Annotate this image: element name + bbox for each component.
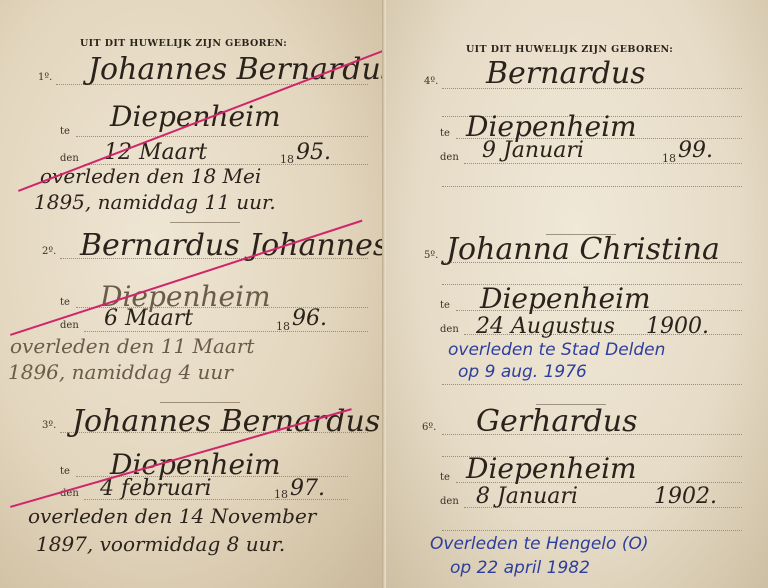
year-suffix: 97. [290,476,325,501]
death-note-line1: overleden te Stad Delden [448,340,665,360]
date-label: den [440,324,459,335]
birth-year: 1902. [654,484,717,509]
dotted-line [76,136,368,137]
birth-day-month: 4 februari [100,476,212,501]
birth-place: Diepenheim [110,100,281,133]
date-label: den [60,320,79,331]
entry-number: 4º. [424,76,438,87]
dotted-line [442,530,742,531]
right-page: UIT DIT HUWELIJK ZIJN GEBOREN: 4º. Berna… [386,0,768,588]
entry-separator [170,222,240,223]
dotted-line [442,384,742,385]
child-name: Bernardus Johannes [80,228,388,263]
birth-day-month: 8 Januari [476,484,578,509]
entry-number: 6º. [422,422,436,433]
open-booklet: UIT DIT HUWELIJK ZIJN GEBOREN: 1º. Johan… [0,0,768,588]
birth-day-month: 6 Maart [104,306,193,331]
death-note-line2: op 22 april 1982 [450,558,590,578]
page-header: UIT DIT HUWELIJK ZIJN GEBOREN: [80,38,287,49]
year-suffix: 95. [296,140,331,165]
birth-day-month: 9 Januari [482,138,584,163]
entry-number: 5º. [424,250,438,261]
entry-number: 2º. [42,246,56,257]
entry-number: 3º. [42,420,56,431]
birth-place: Diepenheim [466,452,637,485]
year-prefix: 18 [274,488,288,501]
place-label: te [60,297,70,308]
child-name: Johannes Bernardus [72,404,380,439]
year-prefix: 18 [280,153,294,166]
dotted-line [464,163,742,164]
left-page: UIT DIT HUWELIJK ZIJN GEBOREN: 1º. Johan… [0,0,386,588]
date-label: den [440,496,459,507]
place-label: te [60,466,70,477]
death-note-line1: overleden den 11 Maart [10,334,254,358]
child-name: Johannes Bernardus [88,52,396,87]
birth-year: 1900. [646,314,709,339]
place-label: te [440,300,450,311]
entry-separator [160,402,240,403]
birth-place: Diepenheim [480,282,651,315]
place-label: te [440,472,450,483]
child-name: Gerhardus [476,404,638,439]
year-prefix: 18 [662,152,676,165]
dotted-line [84,331,368,332]
child-name: Bernardus [486,56,646,91]
date-label: den [60,153,79,164]
year-suffix: 96. [292,306,327,331]
dotted-line [442,186,742,187]
death-note-line2: 1897, voormiddag 8 uur. [36,532,285,556]
death-note-line2: 1895, namiddag 11 uur. [34,190,276,214]
page-header: UIT DIT HUWELIJK ZIJN GEBOREN: [466,44,673,55]
place-label: te [440,128,450,139]
death-note-line2: op 9 aug. 1976 [458,362,587,382]
death-note-line1: overleden den 14 November [28,504,316,528]
entry-number: 1º. [38,72,52,83]
death-note-line1: Overleden te Hengelo (O) [430,534,648,554]
year-prefix: 18 [276,320,290,333]
death-note-line2: 1896, namiddag 4 uur [8,360,233,384]
year-suffix: 99. [678,138,713,163]
place-label: te [60,126,70,137]
birth-day-month: 24 Augustus [476,314,615,339]
child-name: Johanna Christina [446,232,720,267]
date-label: den [440,152,459,163]
